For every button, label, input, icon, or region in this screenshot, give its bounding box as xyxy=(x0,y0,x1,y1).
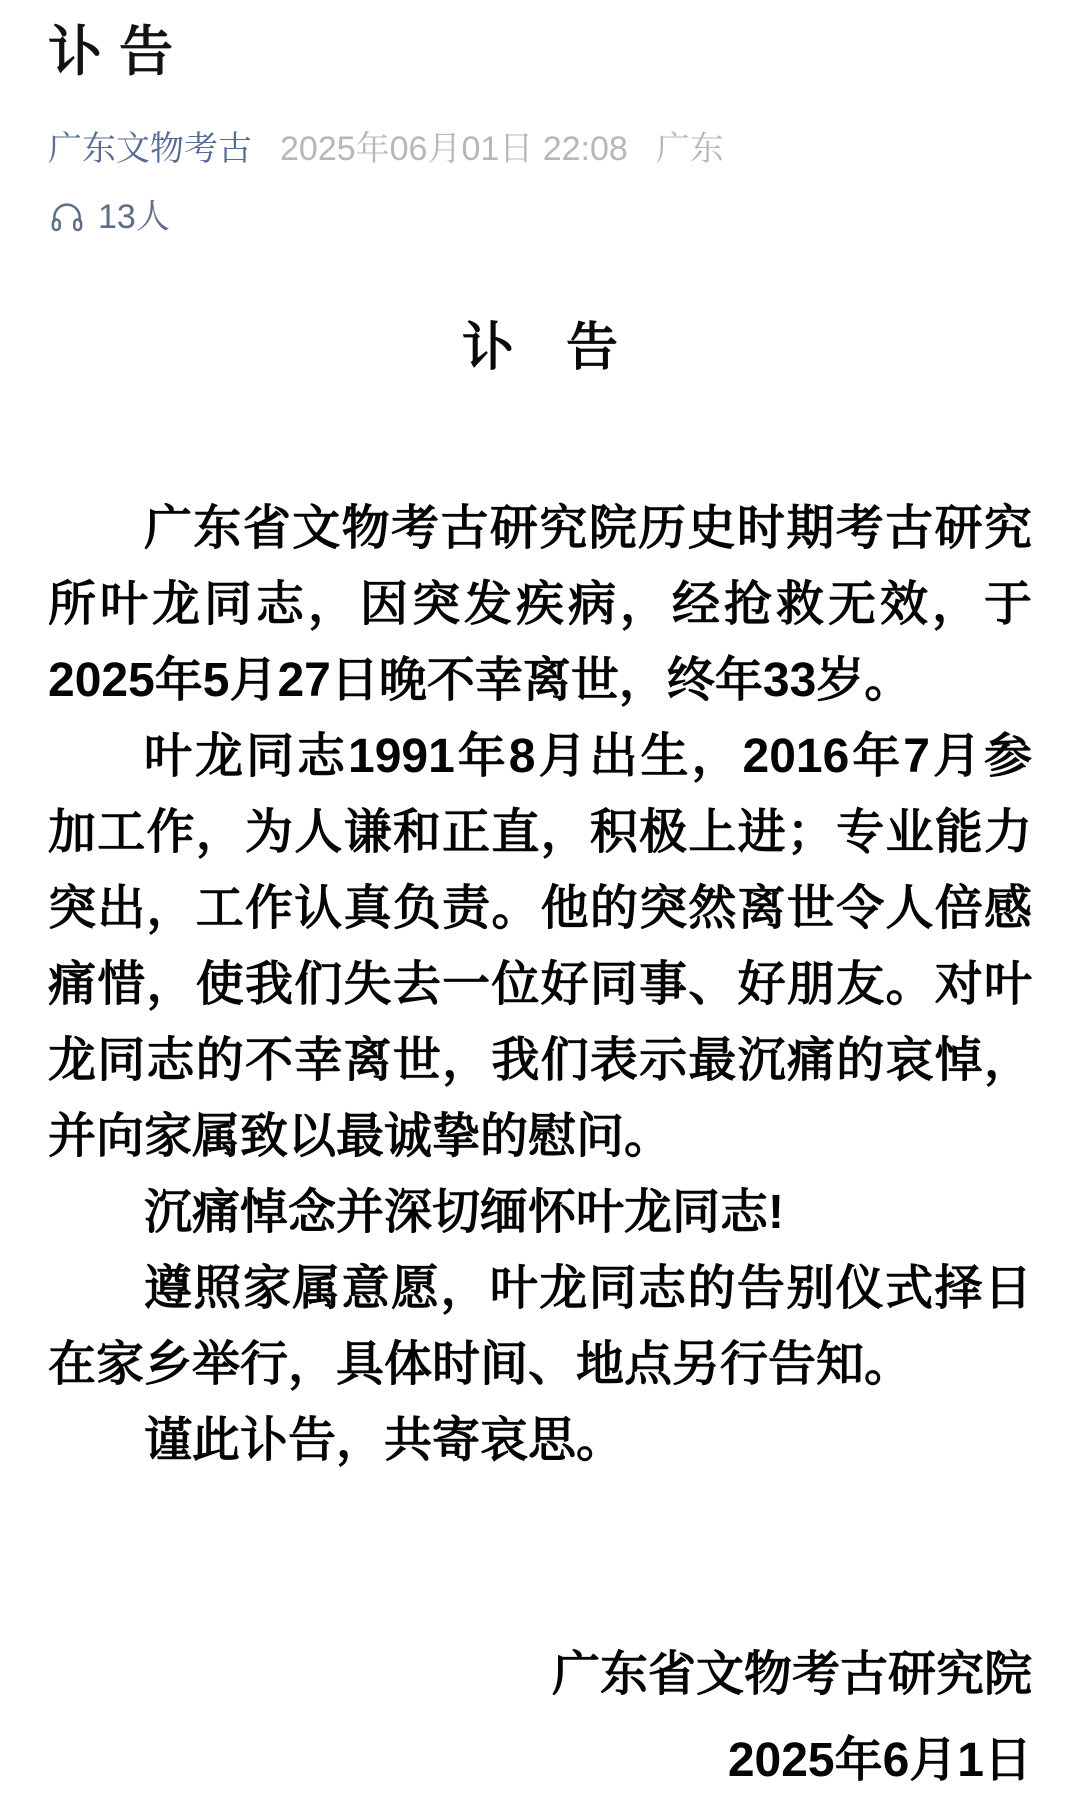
signature-date: 2025年6月1日 xyxy=(48,1723,1032,1799)
paragraph-5: 谨此讣告，共寄哀思。 xyxy=(48,1403,1032,1479)
notice-body: 广东省文物考古研究院历史时期考古研究所叶龙同志，因突发疾病，经抢救无效，于202… xyxy=(48,491,1032,1479)
paragraph-1: 广东省文物考古研究院历史时期考古研究所叶龙同志，因突发疾病，经抢救无效，于202… xyxy=(48,491,1032,719)
publish-location: 广东 xyxy=(656,127,724,171)
signature-block: 广东省文物考古研究院 2025年6月1日 xyxy=(48,1637,1032,1799)
publish-datetime: 2025年06月01日 22:08 xyxy=(280,127,628,171)
listen-count-label: 13人 xyxy=(98,195,170,239)
notice-heading: 讣 告 xyxy=(48,319,1032,377)
article-title: 讣 告 xyxy=(48,0,1032,85)
paragraph-3: 沉痛悼念并深切缅怀叶龙同志! xyxy=(48,1175,1032,1251)
paragraph-2: 叶龙同志1991年8月出生，2016年7月参加工作，为人谦和正直，积极上进；专业… xyxy=(48,719,1032,1175)
account-name-link[interactable]: 广东文物考古 xyxy=(48,127,252,171)
paragraph-4: 遵照家属意愿，叶龙同志的告别仪式择日在家乡举行，具体时间、地点另行告知。 xyxy=(48,1251,1032,1403)
article-page: 讣 告 广东文物考古 2025年06月01日 22:08 广东 13人 讣 告 … xyxy=(0,0,1080,1799)
article-meta-row: 广东文物考古 2025年06月01日 22:08 广东 xyxy=(48,127,1032,171)
listen-count-row[interactable]: 13人 xyxy=(48,195,1032,239)
headphones-icon xyxy=(48,198,86,236)
signature-org: 广东省文物考古研究院 xyxy=(48,1637,1032,1713)
